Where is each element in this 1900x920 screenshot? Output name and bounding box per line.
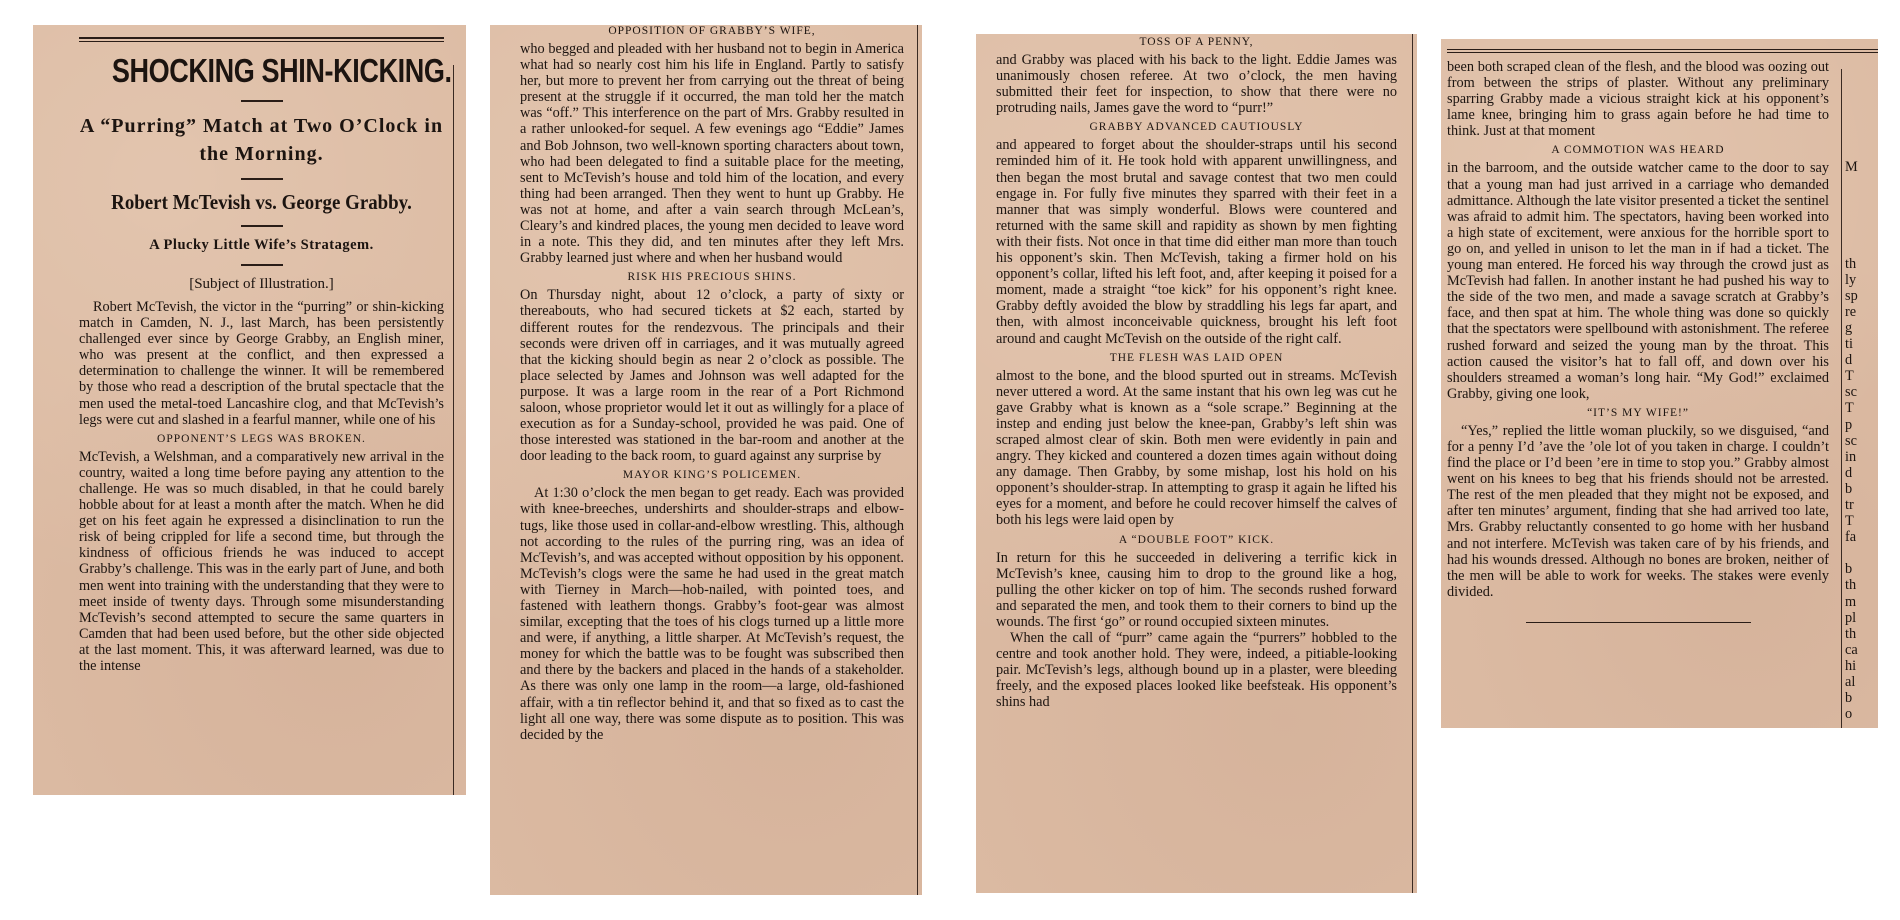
- article-column-3: TOSS OF A PENNY, and Grabby was placed w…: [976, 34, 1417, 893]
- divider-dash: [241, 225, 283, 227]
- paragraph: On Thursday night, about 12 o’clock, a p…: [520, 287, 904, 464]
- deck-mctevish-vs-grabby: Robert McTevish vs. George Grabby.: [97, 190, 426, 215]
- subheading: GRABBY ADVANCED CAUTIOUSLY: [996, 121, 1397, 133]
- adjacent-column-fragment: M th ly sp re g ti d T sc T p sc in d b …: [1845, 159, 1878, 722]
- subheading: “IT’S MY WIFE!”: [1447, 407, 1829, 419]
- subheading: A COMMOTION WAS HEARD: [1447, 144, 1829, 156]
- paragraph: When the call of “purr” came again the “…: [996, 630, 1397, 710]
- column-divider: [1841, 69, 1842, 728]
- subheading: TOSS OF A PENNY,: [996, 36, 1397, 48]
- subheading: THE FLESH WAS LAID OPEN: [996, 352, 1397, 364]
- paragraph: McTevish, a Welshman, and a comparativel…: [79, 449, 444, 674]
- end-of-article-rule: [1526, 622, 1751, 623]
- header-rule: [1447, 49, 1878, 50]
- divider-dash: [241, 264, 283, 266]
- paragraph: In return for this he succeeded in deliv…: [996, 550, 1397, 630]
- column-divider: [1412, 34, 1413, 893]
- header-rule: [79, 41, 444, 42]
- paragraph: who begged and pleaded with her husband …: [520, 41, 904, 266]
- paragraph: Robert McTevish, the victor in the “purr…: [79, 299, 444, 428]
- paragraph: almost to the bone, and the blood spurte…: [996, 368, 1397, 529]
- subheading: OPPONENT’S LEGS WAS BROKEN.: [79, 433, 444, 445]
- header-rule: [1447, 52, 1878, 53]
- article-column-2: OPPOSITION OF GRABBY’S WIFE, who begged …: [490, 25, 922, 895]
- column-divider: [917, 25, 918, 895]
- paragraph: and appeared to forget about the shoulde…: [996, 137, 1397, 346]
- paragraph: “Yes,” replied the little woman pluckily…: [1447, 423, 1829, 600]
- paragraph: been both scraped clean of the flesh, an…: [1447, 59, 1829, 139]
- subheading: MAYOR KING’S POLICEMEN.: [520, 469, 904, 481]
- deck-plucky-wife: A Plucky Little Wife’s Stratagem.: [79, 237, 444, 254]
- illustration-note: [Subject of Illustration.]: [79, 276, 444, 293]
- headline: SHOCKING SHIN-KICKING.: [112, 52, 411, 90]
- column-divider: [453, 65, 454, 795]
- divider-dash: [241, 100, 283, 102]
- deck-purring-match: A “Purring” Match at Two O’Clock in the …: [79, 112, 444, 168]
- subheading: OPPOSITION OF GRABBY’S WIFE,: [520, 25, 904, 37]
- article-column-4: been both scraped clean of the flesh, an…: [1441, 39, 1878, 728]
- subheading: RISK HIS PRECIOUS SHINS.: [520, 271, 904, 283]
- paragraph: in the barroom, and the outside watcher …: [1447, 160, 1829, 401]
- header-rule: [79, 37, 444, 39]
- paragraph: At 1:30 o’clock the men began to get rea…: [520, 485, 904, 743]
- subheading: A “DOUBLE FOOT” KICK.: [996, 534, 1397, 546]
- divider-dash: [241, 178, 283, 180]
- paragraph: and Grabby was placed with his back to t…: [996, 52, 1397, 116]
- article-column-1: SHOCKING SHIN-KICKING. A “Purring” Match…: [33, 25, 466, 795]
